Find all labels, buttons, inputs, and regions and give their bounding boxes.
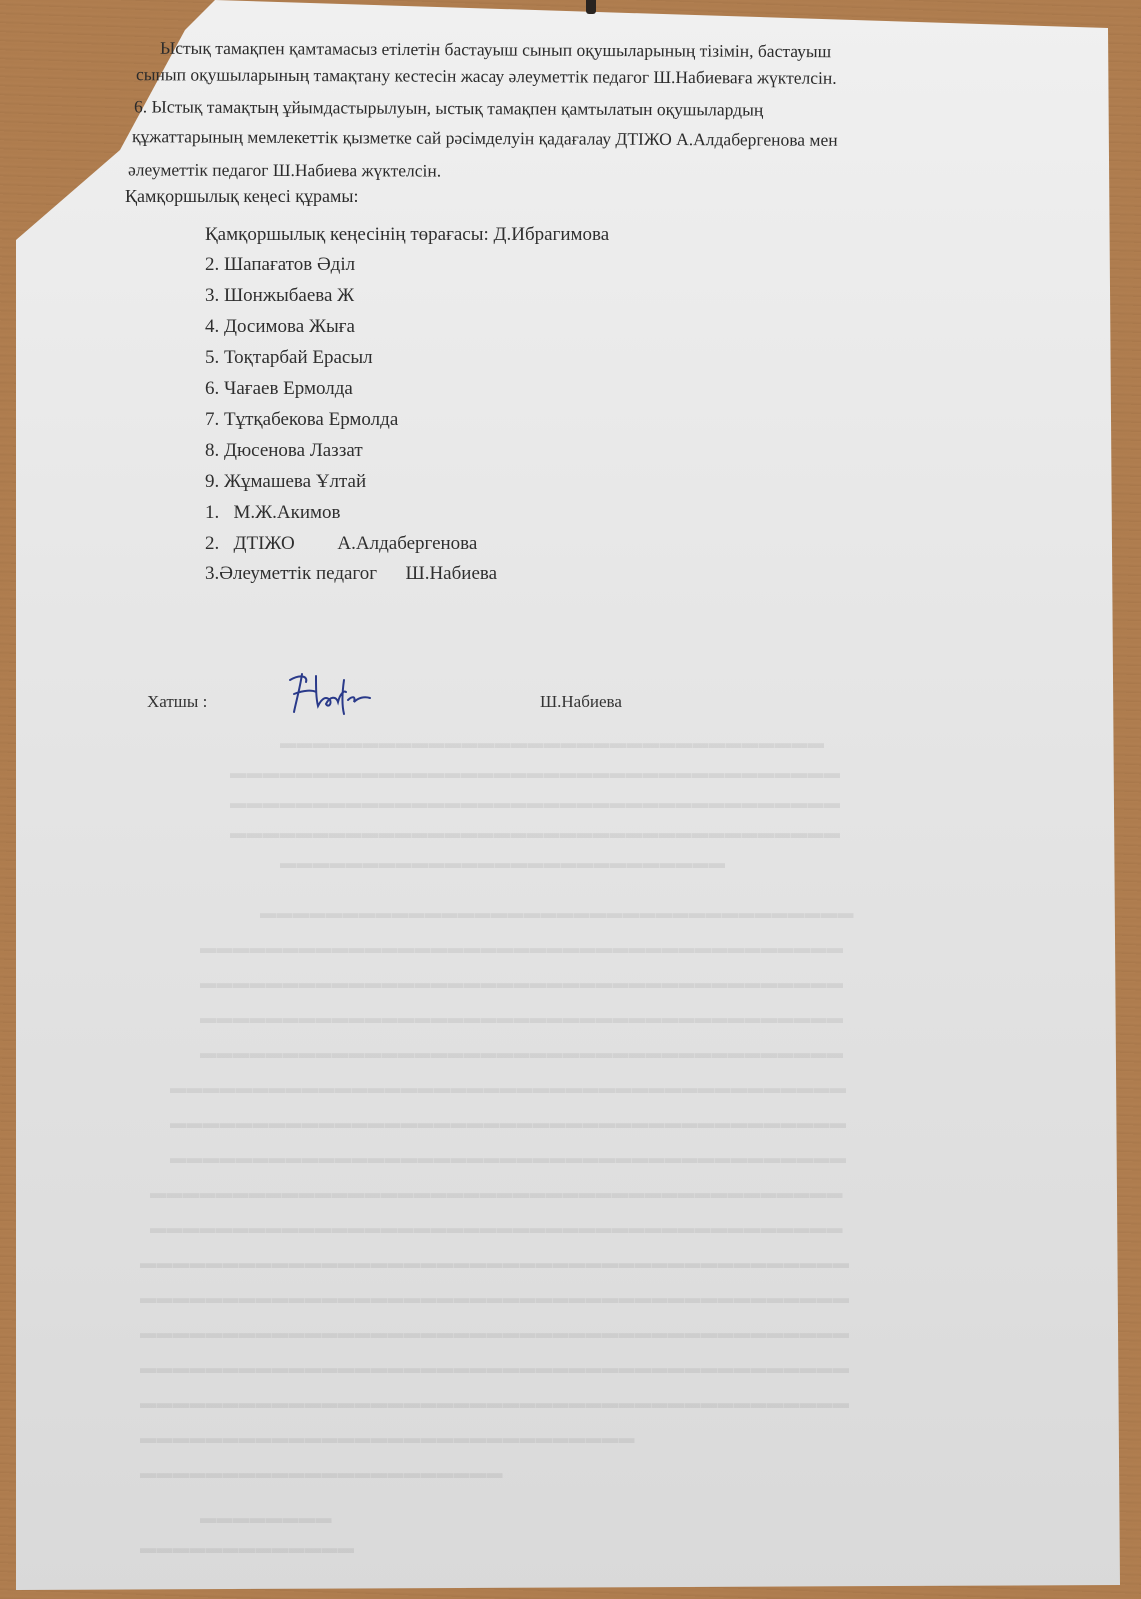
council-member: 2. ДТІЖО А.Алдабергенова bbox=[205, 533, 477, 555]
bleed-through-text: ▬▬▬▬▬▬▬▬▬▬▬▬▬▬▬▬▬▬▬▬▬▬▬▬▬▬▬▬▬▬▬▬▬▬▬▬▬▬▬▬… bbox=[170, 1080, 847, 1098]
bleed-through-text: ▬▬▬▬▬▬▬▬▬▬▬▬▬▬▬▬▬▬▬▬▬▬▬▬▬▬▬▬▬▬▬▬▬▬▬▬▬▬▬ bbox=[200, 1010, 844, 1028]
bleed-through-text: ▬▬▬▬▬▬▬▬▬▬▬▬▬▬▬▬▬▬▬▬▬▬▬▬▬▬▬▬▬▬▬▬▬▬▬▬▬▬▬▬… bbox=[140, 1360, 850, 1378]
bleed-through-text: ▬▬▬▬▬▬▬▬▬▬▬▬▬▬▬▬▬▬▬▬▬▬▬▬▬▬▬▬▬▬▬▬▬▬▬▬▬▬▬▬… bbox=[150, 1220, 843, 1238]
bleed-through-text: ▬▬▬▬▬▬▬▬▬▬▬▬▬▬▬▬▬▬▬▬▬▬▬▬▬▬▬▬▬▬▬▬▬▬▬▬▬ bbox=[230, 765, 841, 783]
bleed-through-text: ▬▬▬▬▬▬▬▬▬▬▬▬▬▬▬▬▬▬▬▬▬▬▬▬▬▬▬ bbox=[280, 855, 726, 873]
paragraph-line-3: 6. Ыстық тамақтың ұйымдастырылуын, ыстық… bbox=[134, 96, 763, 120]
bleed-through-text: ▬▬▬▬▬▬▬▬▬▬▬▬▬▬▬▬▬▬▬▬▬▬▬▬▬▬▬▬▬▬▬▬▬▬▬▬▬▬▬ bbox=[200, 975, 844, 993]
bleed-through-text: ▬▬▬▬▬▬▬▬▬▬▬▬▬▬▬▬▬▬▬▬▬▬▬▬▬▬▬▬▬▬▬▬▬▬▬▬▬▬▬▬… bbox=[140, 1255, 850, 1273]
bleed-through-text: ▬▬▬▬▬▬▬▬▬▬▬▬▬▬▬▬▬▬▬▬▬▬▬▬▬▬▬▬▬▬▬▬▬▬▬▬▬▬▬▬… bbox=[140, 1290, 850, 1308]
bleed-through-text: ▬▬▬▬▬▬▬▬▬▬▬▬▬▬▬▬▬▬▬▬▬▬▬▬▬▬▬▬▬▬▬▬▬▬▬▬▬▬▬▬… bbox=[170, 1150, 847, 1168]
bleed-through-text: ▬▬▬▬▬▬▬▬▬▬▬▬▬▬▬▬▬▬▬▬▬▬▬▬▬▬▬▬▬▬▬▬▬▬▬▬▬▬▬▬… bbox=[140, 1325, 850, 1343]
council-member: 1. М.Ж.Акимов bbox=[205, 502, 341, 524]
bleed-through-text: ▬▬▬▬▬▬▬▬▬▬▬▬▬▬▬▬▬▬▬▬▬▬ bbox=[140, 1465, 503, 1483]
bleed-through-text: ▬▬▬▬▬▬▬▬ bbox=[200, 1510, 332, 1528]
bleed-through-text: ▬▬▬▬▬▬▬▬▬▬▬▬▬▬▬▬▬▬▬▬▬▬▬▬▬▬▬▬▬▬▬▬▬▬▬▬▬▬▬▬… bbox=[170, 1115, 847, 1133]
bleed-through-text: ▬▬▬▬▬▬▬▬▬▬▬▬▬▬▬▬▬▬▬▬▬▬▬▬▬▬▬▬▬▬▬▬▬ bbox=[280, 735, 825, 753]
paragraph-line-4: құжаттарының мемлекеттік қызметке сай рә… bbox=[132, 126, 838, 151]
council-member: 2. Шапағатов Әділ bbox=[205, 254, 355, 276]
council-member: Қамқоршылық кеңесінің төрағасы: Д.Ибраги… bbox=[205, 224, 609, 246]
council-member: 4. Досимова Жыға bbox=[205, 316, 355, 338]
council-member: 9. Жұмашева Ұлтай bbox=[205, 471, 366, 493]
council-member: 6. Чағаев Ермолда bbox=[205, 378, 353, 400]
paragraph-line-2: сынып оқушыларының тамақтану кестесін жа… bbox=[136, 64, 837, 89]
bleed-through-text: ▬▬▬▬▬▬▬▬▬▬▬▬▬▬▬▬▬▬▬▬▬▬▬▬▬▬▬▬▬▬▬▬▬▬▬▬▬▬▬▬… bbox=[140, 1395, 850, 1413]
secretary-name: Ш.Набиева bbox=[540, 692, 622, 712]
secretary-label: Хатшы : bbox=[147, 692, 207, 712]
bleed-through-text: ▬▬▬▬▬▬▬▬▬▬▬▬▬▬▬▬▬▬▬▬▬▬▬▬▬▬▬▬▬▬▬▬▬▬▬▬▬▬▬ bbox=[200, 1045, 844, 1063]
council-member: 5. Тоқтарбай Ерасыл bbox=[205, 347, 373, 369]
bleed-through-text: ▬▬▬▬▬▬▬▬▬▬▬▬▬▬▬▬▬▬▬▬▬▬▬▬▬▬▬▬▬▬▬▬▬▬▬▬▬ bbox=[230, 795, 841, 813]
council-member: 7. Тұтқабекова Ермолда bbox=[205, 409, 398, 431]
council-member: 3.Әлеуметтік педагог Ш.Набиева bbox=[205, 563, 497, 585]
council-heading: Қамқоршылық кеңесі құрамы: bbox=[125, 186, 358, 207]
bleed-through-text: ▬▬▬▬▬▬▬▬▬▬▬▬▬▬▬▬▬▬▬▬▬▬▬▬▬▬▬▬▬▬ bbox=[140, 1430, 635, 1448]
bleed-through-text: ▬▬▬▬▬▬▬▬▬▬▬▬▬ bbox=[140, 1540, 355, 1558]
council-member: 3. Шонжыбаева Ж bbox=[205, 285, 354, 307]
bleed-through-text: ▬▬▬▬▬▬▬▬▬▬▬▬▬▬▬▬▬▬▬▬▬▬▬▬▬▬▬▬▬▬▬▬▬▬▬▬▬▬▬▬… bbox=[150, 1185, 843, 1203]
bleed-through-text: ▬▬▬▬▬▬▬▬▬▬▬▬▬▬▬▬▬▬▬▬▬▬▬▬▬▬▬▬▬▬▬▬▬▬▬▬▬▬▬ bbox=[200, 940, 844, 958]
pin-icon bbox=[586, 0, 596, 14]
signature-icon bbox=[286, 668, 376, 718]
bleed-through-text: ▬▬▬▬▬▬▬▬▬▬▬▬▬▬▬▬▬▬▬▬▬▬▬▬▬▬▬▬▬▬▬▬▬▬▬▬ bbox=[260, 905, 854, 923]
paragraph-line-5: әлеуметтік педагог Ш.Набиева жүктелсін. bbox=[128, 159, 441, 181]
council-member: 8. Дюсенова Лаззат bbox=[205, 440, 363, 462]
bleed-through-text: ▬▬▬▬▬▬▬▬▬▬▬▬▬▬▬▬▬▬▬▬▬▬▬▬▬▬▬▬▬▬▬▬▬▬▬▬▬ bbox=[230, 825, 841, 843]
